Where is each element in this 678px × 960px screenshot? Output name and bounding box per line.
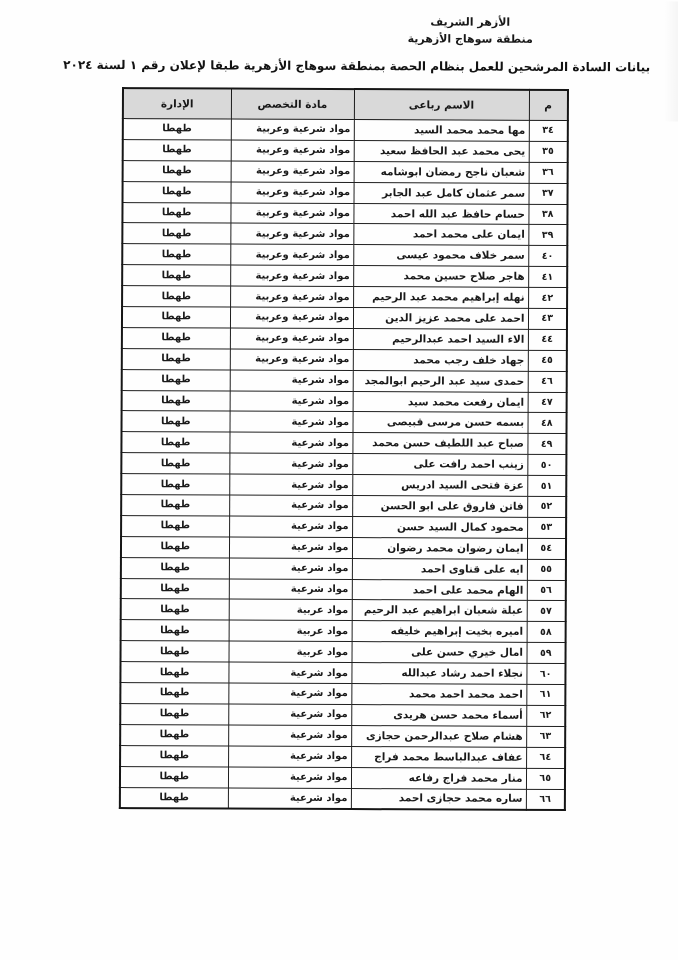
row-number: ٤٧: [528, 392, 567, 413]
row-number: ٦١: [526, 684, 565, 705]
candidate-name: مها محمد محمد السيد: [354, 120, 529, 142]
specialty-subject: مواد شرعية وعربية: [230, 203, 353, 224]
specialty-subject: مواد شرعية: [228, 683, 351, 704]
row-number: ٥٢: [527, 496, 566, 517]
specialty-subject: مواد عربية: [229, 600, 352, 621]
row-number: ٥٦: [527, 580, 566, 601]
candidate-name: هاجر صلاح حسين محمد: [353, 266, 528, 288]
table-row: ٤٠سمر خلاف محمود عيسىمواد شرعية وعربيةطه…: [122, 244, 567, 267]
candidate-name: سمر خلاف محمود عيسى: [353, 245, 528, 267]
table-row: ٦٢أسماء محمد حسن هريدىمواد شرعيةطهطا: [120, 703, 565, 726]
administration: طهطا: [123, 119, 231, 140]
administration: طهطا: [122, 369, 230, 390]
row-number: ٣٩: [528, 225, 567, 246]
candidate-name: هشام صلاح عبدالرحمن حجازى: [351, 725, 526, 747]
table-row: ٦٠نجلاء احمد رشاد عبداللهمواد شرعيةطهطا: [120, 662, 565, 685]
administration: طهطا: [121, 432, 229, 453]
administration: طهطا: [122, 202, 230, 223]
row-number: ٥٥: [527, 559, 566, 580]
candidate-name: شعبان ناجح رمضان ابوشامه: [354, 161, 529, 183]
candidate-name: ايمان رضوان محمد رضوان: [352, 537, 527, 559]
specialty-subject: مواد شرعية: [228, 725, 351, 746]
table-row: ٦٤عفاف عبدالباسط محمد فراجمواد شرعيةطهطا: [120, 745, 565, 768]
row-number: ٦٢: [526, 705, 565, 726]
row-number: ٤٩: [527, 434, 566, 455]
candidate-name: نجلاء احمد رشاد عبدالله: [351, 663, 526, 685]
candidate-name: صباح عبد اللطيف حسن محمد: [352, 433, 527, 455]
table-row: ٥٢فاتن فاروق على ابو الحسنمواد شرعيةطهطا: [121, 495, 566, 518]
row-number: ٥٤: [527, 538, 566, 559]
specialty-subject: مواد شرعية: [230, 391, 353, 412]
candidate-name: بسمه حسن مرسى قبيصى: [353, 412, 528, 434]
table-row: ٤١هاجر صلاح حسين محمدمواد شرعية وعربيةطه…: [122, 265, 567, 288]
table-row: ٣٦شعبان ناجح رمضان ابوشامهمواد شرعية وعر…: [123, 160, 568, 183]
candidates-table: م الاسم رباعى مادة التخصص الإدارة ٣٤مها …: [119, 87, 569, 811]
candidate-name: احمد على محمد عزيز الدين: [353, 308, 528, 330]
row-number: ٥٠: [527, 455, 566, 476]
specialty-subject: مواد شرعية: [229, 579, 352, 600]
table-row: ٥٥ايه على قناوى احمدمواد شرعيةطهطا: [121, 557, 566, 580]
col-header-name: الاسم رباعى: [354, 89, 529, 120]
administration: طهطا: [123, 160, 231, 181]
row-number: ٥١: [527, 475, 566, 496]
administration: طهطا: [121, 641, 229, 662]
table-row: ٤٦حمدى سيد عبد الرحيم ابوالمجدمواد شرعية…: [122, 369, 567, 392]
candidate-name: محمود كمال السيد حسن: [352, 516, 527, 538]
row-number: ٤٢: [528, 287, 567, 308]
candidate-name: ايمان رفعت محمد سيد: [353, 391, 528, 413]
candidate-name: سمر عثمان كامل عبد الجابر: [354, 182, 529, 204]
table-row: ٤٩صباح عبد اللطيف حسن محمدمواد شرعيةطهطا: [121, 432, 566, 455]
row-number: ٣٨: [528, 204, 567, 225]
administration: طهطا: [120, 703, 228, 724]
table-row: ٣٤مها محمد محمد السيدمواد شرعية وعربيةطه…: [123, 119, 568, 142]
administration: طهطا: [121, 536, 229, 557]
org-header: الأزهر الشريف منطقة سوهاج الأزهرية: [330, 13, 610, 48]
specialty-subject: مواد شرعية وعربية: [231, 119, 354, 140]
administration: طهطا: [121, 495, 229, 516]
administration: طهطا: [122, 307, 230, 328]
candidate-name: نهله إبراهيم محمد عبد الرحيم: [353, 287, 528, 309]
candidate-name: حسام حافظ عبد الله احمد: [353, 203, 528, 225]
candidate-name: ساره محمد حجازى احمد: [351, 788, 526, 810]
candidate-name: امال خيري حسن على: [352, 642, 527, 664]
table-row: ٥٧عبلة شعبان ابراهيم عبد الرحيممواد عربي…: [121, 599, 566, 622]
administration: طهطا: [122, 390, 230, 411]
row-number: ٤٨: [528, 413, 567, 434]
specialty-subject: مواد شرعية: [229, 537, 352, 558]
administration: طهطا: [122, 327, 230, 348]
specialty-subject: مواد شرعية: [229, 516, 352, 537]
specialty-subject: مواد شرعية وعربية: [230, 349, 353, 370]
candidate-name: ايمان على محمد احمد: [353, 224, 528, 246]
col-header-subject: مادة التخصص: [231, 89, 354, 120]
administration: طهطا: [122, 348, 230, 369]
specialty-subject: مواد شرعية: [228, 767, 351, 788]
administration: طهطا: [121, 474, 229, 495]
table-row: ٦٥منار محمد فراج رفاعهمواد شرعيةطهطا: [120, 766, 565, 789]
specialty-subject: مواد شرعية وعربية: [231, 161, 354, 182]
administration: طهطا: [122, 223, 230, 244]
row-number: ٥٩: [526, 643, 565, 664]
administration: طهطا: [120, 724, 228, 745]
administration: طهطا: [120, 766, 228, 787]
specialty-subject: مواد شرعية: [229, 432, 352, 453]
specialty-subject: مواد شرعية: [229, 558, 352, 579]
specialty-subject: مواد شرعية وعربية: [230, 307, 353, 328]
row-number: ٤٣: [528, 308, 567, 329]
table-row: ٣٧سمر عثمان كامل عبد الجابرمواد شرعية وع…: [123, 181, 568, 204]
table-row: ٥٦الهام محمد على احمدمواد شرعيةطهطا: [121, 578, 566, 601]
administration: طهطا: [120, 745, 228, 766]
candidate-name: فاتن فاروق على ابو الحسن: [352, 496, 527, 518]
candidate-name: أسماء محمد حسن هريدى: [351, 704, 526, 726]
row-number: ٤١: [528, 267, 567, 288]
row-number: ٤٦: [528, 371, 567, 392]
administration: طهطا: [121, 453, 229, 474]
administration: طهطا: [121, 515, 229, 536]
candidate-name: الاء السيد احمد عبدالرحيم: [353, 328, 528, 350]
row-number: ٣٧: [529, 183, 568, 204]
specialty-subject: مواد عربية: [229, 620, 352, 641]
candidate-name: حمدى سيد عبد الرحيم ابوالمجد: [353, 370, 528, 392]
document-page: الأزهر الشريف منطقة سوهاج الأزهرية بيانا…: [0, 0, 678, 960]
table-row: ٣٩ايمان على محمد احمدمواد شرعية وعربيةطه…: [122, 223, 567, 246]
row-number: ٥٣: [527, 517, 566, 538]
table-row: ٦١احمد محمد احمد محمدمواد شرعيةطهطا: [120, 683, 565, 706]
candidate-name: زينب احمد رافت على: [352, 454, 527, 476]
table-row: ٥٣محمود كمال السيد حسنمواد شرعيةطهطا: [121, 515, 566, 538]
specialty-subject: مواد شرعية: [228, 746, 351, 767]
specialty-subject: مواد شرعية: [230, 370, 353, 391]
administration: طهطا: [122, 244, 230, 265]
table-rows: ٣٤مها محمد محمد السيدمواد شرعية وعربيةطه…: [120, 119, 568, 810]
table-row: ٥٤ايمان رضوان محمد رضوانمواد شرعيةطهطا: [121, 536, 566, 559]
candidate-name: ايه على قناوى احمد: [352, 558, 527, 580]
administration: طهطا: [121, 557, 229, 578]
row-number: ٤٤: [528, 329, 567, 350]
table-row: ٤٥جهاد خلف رجب محمدمواد شرعية وعربيةطهطا: [122, 348, 567, 371]
table-row: ٥١عزة فتحى السيد ادريسمواد شرعيةطهطا: [121, 474, 566, 497]
org-name-line: الأزهر الشريف: [330, 13, 610, 31]
row-number: ٦٠: [526, 663, 565, 684]
table-row: ٤٣احمد على محمد عزيز الدينمواد شرعية وعر…: [122, 307, 567, 330]
col-header-number: م: [529, 90, 568, 121]
org-region-line: منطقة سوهاج الأزهرية: [330, 30, 610, 48]
col-header-admin: الإدارة: [123, 88, 231, 119]
row-number: ٣٤: [529, 120, 568, 141]
table-row: ٦٦ساره محمد حجازى احمدمواد شرعيةطهطا: [120, 787, 565, 810]
specialty-subject: مواد شرعية وعربية: [231, 140, 354, 161]
row-number: ٦٣: [526, 726, 565, 747]
candidate-name: اميره بخيت إبراهيم خليفه: [352, 621, 527, 643]
row-number: ٦٤: [526, 747, 565, 768]
table-row: ٤٧ايمان رفعت محمد سيدمواد شرعيةطهطا: [122, 390, 567, 413]
specialty-subject: مواد شرعية: [228, 788, 351, 809]
specialty-subject: مواد شرعية وعربية: [230, 265, 353, 286]
administration: طهطا: [123, 139, 231, 160]
specialty-subject: مواد شرعية وعربية: [230, 223, 353, 244]
specialty-subject: مواد شرعية: [228, 662, 351, 683]
row-number: ٤٥: [528, 350, 567, 371]
row-number: ٣٦: [529, 162, 568, 183]
administration: طهطا: [120, 683, 228, 704]
candidate-name: عفاف عبدالباسط محمد فراج: [351, 746, 526, 768]
page-title: بيانات السادة المرشحين للعمل بنظام الحصة…: [70, 58, 650, 75]
specialty-subject: مواد شرعية: [229, 474, 352, 495]
table-row: ٦٣هشام صلاح عبدالرحمن حجازىمواد شرعيةطهط…: [120, 724, 565, 747]
table-row: ٤٨بسمه حسن مرسى قبيصىمواد شرعيةطهطا: [122, 411, 567, 434]
table-header-row: م الاسم رباعى مادة التخصص الإدارة: [123, 88, 568, 120]
row-number: ٥٧: [527, 601, 566, 622]
candidate-name: احمد محمد احمد محمد: [351, 684, 526, 706]
specialty-subject: مواد شرعية وعربية: [230, 286, 353, 307]
table-row: ٥٨اميره بخيت إبراهيم خليفهمواد عربيةطهطا: [121, 620, 566, 643]
row-number: ٤٠: [528, 246, 567, 267]
candidate-name: يحى محمد عبد الحافظ سعيد: [354, 140, 529, 162]
administration: طهطا: [122, 265, 230, 286]
specialty-subject: مواد شرعية: [228, 704, 351, 725]
candidate-name: عبلة شعبان ابراهيم عبد الرحيم: [352, 600, 527, 622]
scanned-content: الأزهر الشريف منطقة سوهاج الأزهرية بيانا…: [0, 0, 678, 960]
administration: طهطا: [121, 578, 229, 599]
table-row: ٤٢نهله إبراهيم محمد عبد الرحيممواد شرعية…: [122, 286, 567, 309]
administration: طهطا: [123, 181, 231, 202]
table-row: ٣٨حسام حافظ عبد الله احمدمواد شرعية وعرب…: [122, 202, 567, 225]
table-row: ٤٤الاء السيد احمد عبدالرحيممواد شرعية وع…: [122, 327, 567, 350]
candidate-name: الهام محمد على احمد: [352, 579, 527, 601]
specialty-subject: مواد شرعية: [230, 411, 353, 432]
row-number: ٣٥: [529, 141, 568, 162]
table-row: ٥٠زينب احمد رافت علىمواد شرعيةطهطا: [121, 453, 566, 476]
row-number: ٦٦: [526, 789, 565, 810]
candidate-name: عزة فتحى السيد ادريس: [352, 475, 527, 497]
specialty-subject: مواد شرعية: [229, 453, 352, 474]
table-row: ٥٩امال خيري حسن علىمواد عربيةطهطا: [121, 641, 566, 664]
administration: طهطا: [121, 620, 229, 641]
administration: طهطا: [122, 411, 230, 432]
row-number: ٦٥: [526, 768, 565, 789]
administration: طهطا: [120, 662, 228, 683]
specialty-subject: مواد عربية: [229, 641, 352, 662]
administration: طهطا: [121, 599, 229, 620]
administration: طهطا: [120, 787, 228, 808]
candidate-name: منار محمد فراج رفاعه: [351, 767, 526, 789]
candidate-name: جهاد خلف رجب محمد: [353, 349, 528, 371]
administration: طهطا: [122, 286, 230, 307]
specialty-subject: مواد شرعية وعربية: [231, 182, 354, 203]
specialty-subject: مواد شرعية: [229, 495, 352, 516]
row-number: ٥٨: [527, 622, 566, 643]
specialty-subject: مواد شرعية وعربية: [230, 328, 353, 349]
specialty-subject: مواد شرعية وعربية: [230, 244, 353, 265]
table-row: ٣٥يحى محمد عبد الحافظ سعيدمواد شرعية وعر…: [123, 139, 568, 162]
scan-edge-shadow: [664, 1, 678, 121]
